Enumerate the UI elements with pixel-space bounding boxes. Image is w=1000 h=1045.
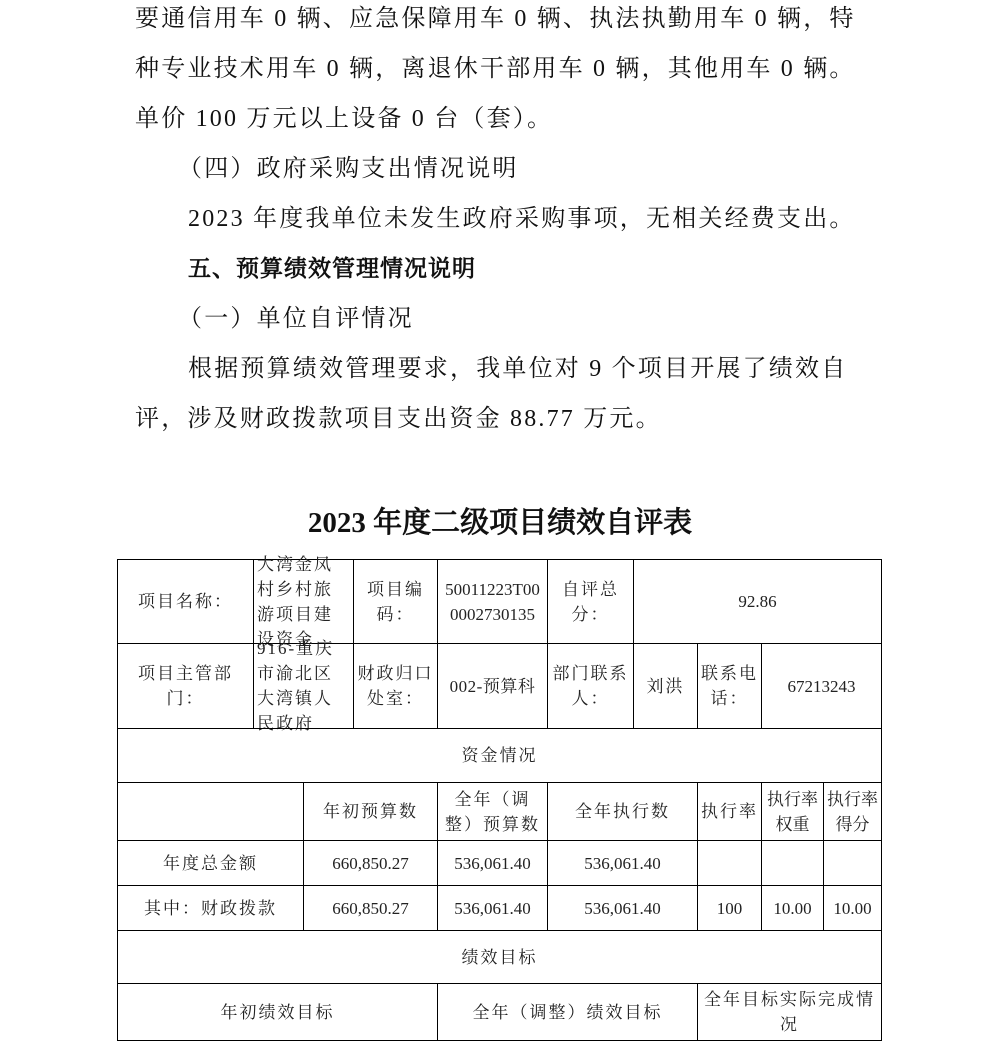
perf-header-actual: 全年目标实际完成情况: [697, 983, 882, 1041]
dept-value: 916-重庆市渝北区大湾镇人民政府: [253, 643, 354, 729]
funds-header-adjusted-budget: 全年（调整）预算数: [437, 782, 548, 841]
finance-office-label: 财政归口处室：: [353, 643, 438, 729]
contact-value: 刘洪: [633, 643, 698, 729]
funds-header-initial-budget: 年初预算数: [303, 782, 438, 841]
perf-header-initial: 年初绩效目标: [117, 983, 438, 1041]
project-name-value: 大湾金凤村乡村旅游项目建设资金: [253, 559, 354, 644]
funds-cell: 660,850.27: [303, 840, 438, 886]
funds-cell: [823, 840, 882, 886]
paragraph-line: 种专业技术用车 0 辆，离退休干部用车 0 辆，其他用车 0 辆。: [135, 54, 856, 84]
project-code-label: 项目编码：: [353, 559, 438, 644]
subsection-heading: （一）单位自评情况: [178, 304, 414, 334]
perf-section-header: 绩效目标: [117, 930, 882, 984]
funds-cell: 100: [697, 885, 762, 931]
paragraph-line: 根据预算绩效管理要求，我单位对 9 个项目开展了绩效自: [188, 354, 847, 384]
funds-row-label: 其中：财政拨款: [117, 885, 304, 931]
funds-cell: 10.00: [761, 885, 824, 931]
paragraph-line: 要通信用车 0 辆、应急保障用车 0 辆、执法执勤用车 0 辆，特: [135, 4, 856, 34]
funds-cell: [761, 840, 824, 886]
dept-label: 项目主管部门：: [117, 643, 254, 729]
subsection-heading: （四）政府采购支出情况说明: [178, 154, 519, 184]
finance-office-value: 002-预算科: [437, 643, 548, 729]
contact-label: 部门联系人：: [547, 643, 634, 729]
phone-value: 67213243: [761, 643, 882, 729]
funds-cell: 660,850.27: [303, 885, 438, 931]
paragraph-line: 2023 年度我单位未发生政府采购事项，无相关经费支出。: [188, 204, 856, 234]
funds-cell: 536,061.40: [437, 840, 548, 886]
funds-cell: 10.00: [823, 885, 882, 931]
table-title: 2023 年度二级项目绩效自评表: [0, 503, 1000, 543]
paragraph-line: 评，涉及财政拨款项目支出资金 88.77 万元。: [135, 404, 662, 434]
project-code-value: 50011223T000002730135: [437, 559, 548, 644]
funds-cell: 536,061.40: [437, 885, 548, 931]
self-score-label: 自评总分：: [547, 559, 634, 644]
funds-header-blank: [117, 782, 304, 841]
funds-header-rate-weight: 执行率权重: [761, 782, 824, 841]
funds-cell: 536,061.40: [547, 885, 698, 931]
funds-cell: [697, 840, 762, 886]
project-name-label: 项目名称：: [117, 559, 254, 644]
perf-header-adjusted: 全年（调整）绩效目标: [437, 983, 698, 1041]
funds-cell: 536,061.40: [547, 840, 698, 886]
funds-section-header: 资金情况: [117, 728, 882, 783]
paragraph-line: 单价 100 万元以上设备 0 台（套）。: [135, 104, 553, 134]
phone-label: 联系电话：: [697, 643, 762, 729]
funds-row-label: 年度总金额: [117, 840, 304, 886]
self-score-value: 92.86: [633, 559, 882, 644]
section-heading: 五、预算绩效管理情况说明: [188, 254, 476, 284]
funds-header-rate-score: 执行率得分: [823, 782, 882, 841]
funds-header-executed: 全年执行数: [547, 782, 698, 841]
funds-header-exec-rate: 执行率: [697, 782, 762, 841]
